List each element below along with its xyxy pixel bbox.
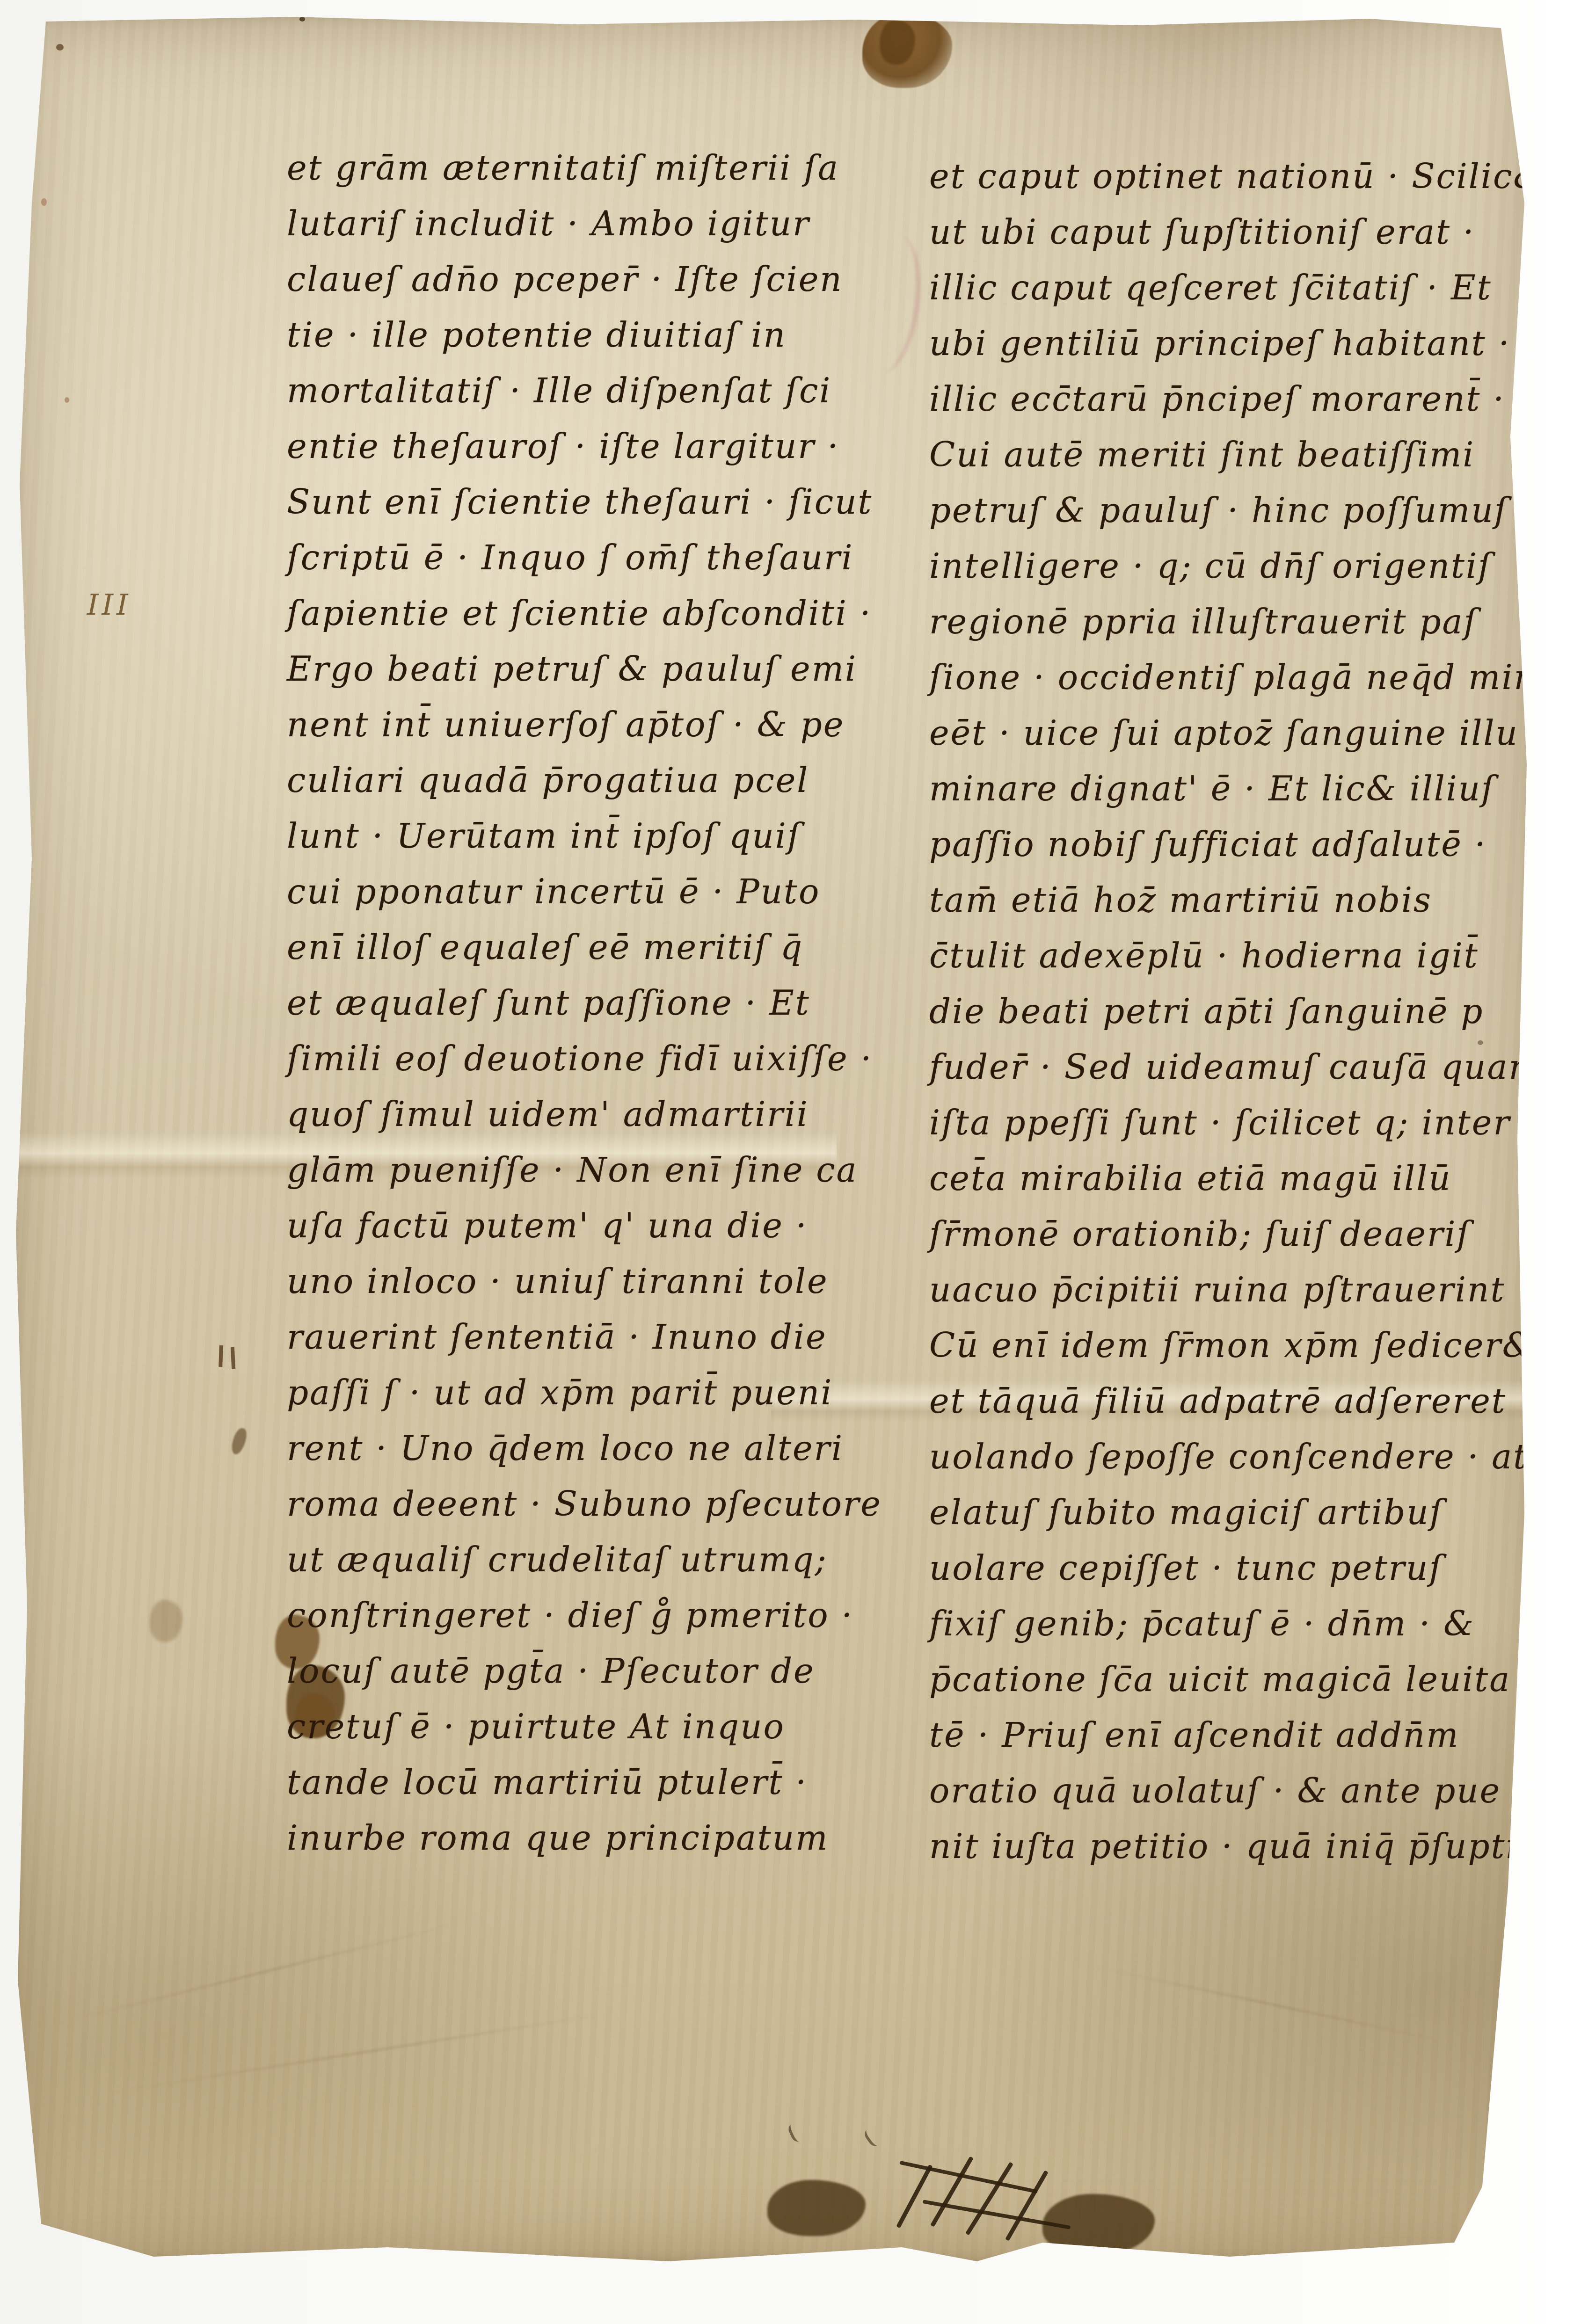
- manuscript-text-line: quoſ ſimul uidem' admartirii: [287, 1087, 923, 1142]
- manuscript-text-line: Cū enī idem ſr̄mon xp̄m ſedicer&: [929, 1318, 1556, 1373]
- manuscript-text-line: claueſ adn̄o pceper̄ · Iſte ſcien: [287, 252, 923, 307]
- scanner-background: { "document": { "kind_label": "Carolingi…: [0, 0, 1581, 2324]
- dirt-speck: [299, 17, 305, 22]
- manuscript-text-line: tē · Priuſ enī aſcendit addn̄m: [929, 1707, 1556, 1763]
- scribble-stroke: [923, 2200, 1071, 2229]
- manuscript-text-line: die beati petri ap̄ti ſanguinē p: [929, 984, 1556, 1039]
- manuscript-text-line: Cui autē meriti ſint beatiſſimi: [929, 427, 1556, 483]
- manuscript-text-line: elatuſ ſubito magiciſ artibuſ: [929, 1485, 1556, 1540]
- manuscript-text-line: uſa factū putem' q' una die ·: [287, 1198, 923, 1254]
- manuscript-text-line: culiari quadā p̄rogatiua pcel: [287, 753, 923, 808]
- dirt-speck: [56, 44, 64, 51]
- dirt-speck: [41, 198, 47, 206]
- manuscript-text-line: cet̄a mirabilia etiā magū illū: [929, 1151, 1556, 1206]
- manuscript-text-line: tande locū martiriū ptulert̄ ·: [287, 1755, 923, 1810]
- manuscript-text-line: uolare cepiſſet · tunc petruſ: [929, 1540, 1556, 1596]
- wrinkle-line: [1093, 1965, 1460, 2046]
- manuscript-text-line: et æqualeſ ſunt paſſione · Et: [287, 975, 923, 1031]
- manuscript-text-line: tam̄ etiā hoz̄ martiriū nobis: [929, 872, 1556, 928]
- manuscript-text-line: fixiſ genib; p̄catuſ ē · dn̄m · &: [929, 1596, 1556, 1652]
- scribble-stroke: [1005, 2170, 1049, 2241]
- manuscript-text-line: c̄tulit adexēplū · hodierna igit̄: [929, 928, 1556, 984]
- manuscript-text-line: roma deeent · Subuno pſecutore: [287, 1476, 923, 1532]
- manuscript-text-line: lunt · Uerūtam int̄ ipſoſ quiſ: [287, 808, 923, 864]
- manuscript-text-line: petruſ & pauluſ · hinc poſſumuſ: [929, 483, 1556, 538]
- manuscript-text-line: Ergo beati petruſ & pauluſ emi: [287, 641, 923, 697]
- manuscript-text-line: enī illoſ equaleſ eē meritiſ q̄: [287, 920, 923, 975]
- stain-blob: [150, 1600, 182, 1642]
- ink-smudge: [230, 1427, 248, 1456]
- manuscript-text-line: Sunt enī ſcientie theſauri · ſicut: [287, 474, 923, 530]
- manuscript-text-line: regionē ppria illuſtrauerit paſ: [929, 594, 1556, 650]
- manuscript-text-line: paſſio nobiſ ſufficiat adſalutē ·: [929, 817, 1556, 872]
- manuscript-text-line: intelligere · q; cū dn̄ſ origentiſ: [929, 538, 1556, 594]
- text-column-left: et grām æternitatiſ miſterii ſalutariſ i…: [287, 140, 923, 1866]
- pen-trial-stroke: [219, 1345, 223, 1367]
- manuscript-text-line: p̄catione ſc̄a uicit magicā leuita: [929, 1652, 1556, 1707]
- wrinkle-line: [57, 1920, 466, 2025]
- dirt-speck: [1206, 20, 1211, 23]
- manuscript-text-line: cretuſ ē · puirtute At inquo: [287, 1699, 923, 1755]
- manuscript-text-line: lutariſ includit · Ambo igitur: [287, 196, 923, 252]
- manuscript-text-line: rent · Uno q̄dem loco ne alteri: [287, 1421, 923, 1476]
- manuscript-text-line: ſr̄monē orationib; ſuiſ deaeriſ: [929, 1206, 1556, 1262]
- wrinkle-line: [109, 2011, 618, 2094]
- manuscript-text-line: glām pueniſſe · Non enī ſine ca: [287, 1142, 923, 1198]
- manuscript-text-line: nent int̄ uniuerſoſ ap̄toſ · & pe: [287, 697, 923, 753]
- manuscript-text-line: paſſi ſ · ut ad xp̄m parit̄ pueni: [287, 1365, 923, 1421]
- parchment-leaf: III et grām æternitatiſ miſterii ſalutar…: [13, 16, 1532, 2261]
- manuscript-text-line: et tāquā filiū adpatrē adſereret: [929, 1373, 1556, 1429]
- text-column-right: et caput optinet nationū · Scilic&ut ubi…: [929, 149, 1556, 1874]
- manuscript-text-line: ut æqualiſ crudelitaſ utrumq;: [287, 1532, 923, 1588]
- manuscript-text-line: locuſ autē pgt̄a · Pſecutor de: [287, 1643, 923, 1699]
- manuscript-text-line: conſtringeret · dieſ g̊ pmerito ·: [287, 1588, 923, 1643]
- manuscript-text-line: illic ecc̄tarū p̄ncipeſ morarent̄ ·: [929, 371, 1556, 427]
- manuscript-text-line: iſta ppeſſi ſunt · ſcilicet q; inter: [929, 1095, 1556, 1151]
- manuscript-text-line: ſione · occidentiſ plagā neq̄d min': [929, 650, 1556, 705]
- manuscript-text-line: oratio quā uolatuſ · & ante pue: [929, 1763, 1556, 1819]
- pen-flourish-mark: [787, 2121, 806, 2143]
- manuscript-text-line: tie · ille potentie diuitiaſ in: [287, 307, 923, 363]
- manuscript-text-line: cui pponatur incertū ē · Puto: [287, 864, 923, 920]
- scribble-stroke: [965, 2162, 1013, 2235]
- manuscript-text-line: inurbe roma que principatum: [287, 1810, 923, 1866]
- manuscript-text-line: mortalitatiſ · Ille diſpenſat ſci: [287, 363, 923, 419]
- scribble-stroke: [896, 2164, 933, 2229]
- manuscript-text-line: et caput optinet nationū · Scilic&: [929, 149, 1556, 204]
- repair-stitch-scribble: [880, 2147, 1086, 2259]
- manuscript-text-line: uno inloco · uniuſ tiranni tole: [287, 1254, 923, 1309]
- manuscript-text-line: illic caput qeſceret ſc̄itatiſ · Et: [929, 260, 1556, 316]
- manuscript-text-line: uacuo p̄cipitii ruina pſtrauerint ·: [929, 1262, 1556, 1318]
- manuscript-text-line: entie theſauroſ · iſte largitur ·: [287, 419, 923, 474]
- scribble-stroke: [930, 2156, 974, 2227]
- manuscript-text-line: et grām æternitatiſ miſterii ſa: [287, 140, 923, 196]
- manuscript-text-line: nit iuſta petitio · quā iniq̄ p̄ſuptio: [929, 1819, 1556, 1874]
- manuscript-text-line: eēt · uice ſui aptoz̄ ſanguine illu: [929, 705, 1556, 761]
- ink-blot: [767, 2180, 866, 2236]
- manuscript-text-line: ubi gentiliū principeſ habitant ·: [929, 316, 1556, 371]
- manuscript-text-line: ſcriptū ē · Inquo ſ om̄ſ theſauri: [287, 530, 923, 586]
- dirt-speck: [65, 397, 69, 403]
- manuscript-text-line: ſapientie et ſcientie abſconditi ·: [287, 586, 923, 641]
- manuscript-text-line: rauerint ſententiā · Inuno die: [287, 1309, 923, 1365]
- manuscript-text-line: ut ubi caput ſupſtitioniſ erat ·: [929, 204, 1556, 260]
- quire-mark: III: [87, 588, 131, 622]
- manuscript-text-line: fuder̄ · Sed uideamuſ cauſā quare: [929, 1039, 1556, 1095]
- pen-trial-stroke: [231, 1347, 235, 1369]
- manuscript-text-line: uolando ſepoſſe conſcendere · atq;: [929, 1429, 1556, 1485]
- manuscript-text-line: ſimili eoſ deuotione fidī uixiſſe ·: [287, 1031, 923, 1087]
- pen-flourish-mark: [862, 2126, 884, 2149]
- manuscript-text-line: minare dignat' ē · Et lic& illiuſ: [929, 761, 1556, 817]
